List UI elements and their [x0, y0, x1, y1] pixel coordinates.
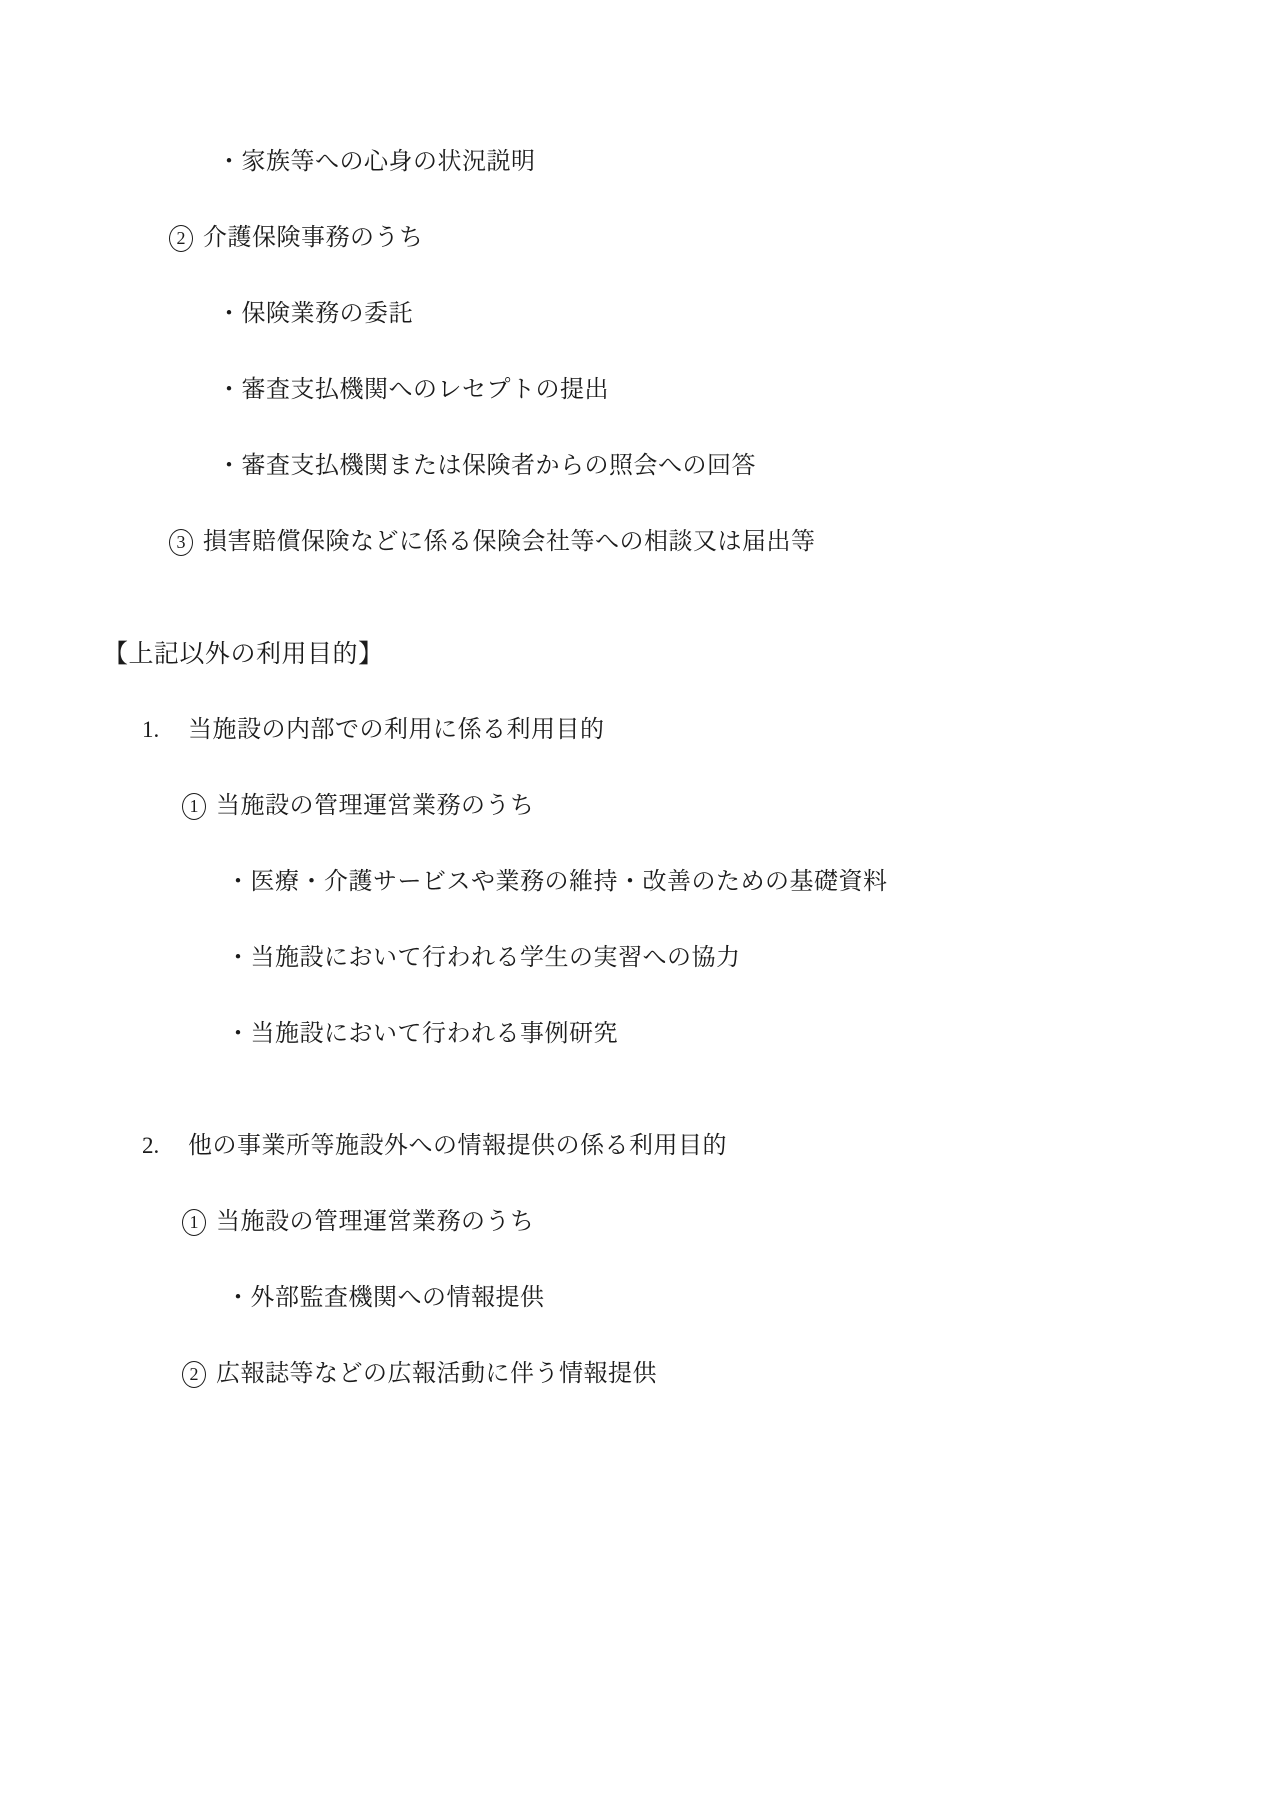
circled-item: 1当施設の管理運営業務のうち [0, 789, 535, 823]
numbered-item: 2.他の事業所等施設外への情報提供の係る利用目的 [0, 1129, 727, 1163]
list-number-marker: 2. [142, 1129, 188, 1163]
bullet-item: ・保険業務の委託 [0, 297, 413, 331]
heading-text: 【上記以外の利用目的】 [103, 637, 384, 671]
bullet-item: ・医療・介護サービスや業務の維持・改善のための基礎資料 [0, 865, 888, 899]
circled-item: 1当施設の管理運営業務のうち [0, 1205, 535, 1239]
circled-number-marker: 2 [169, 225, 193, 252]
line-text: 当施設の管理運営業務のうち [216, 789, 535, 823]
bullet-item: ・当施設において行われる学生の実習への協力 [0, 941, 741, 975]
line-text: 介護保険事務のうち [203, 221, 424, 255]
line-text: ・当施設において行われる学生の実習への協力 [226, 941, 741, 975]
document-page: ・家族等への心身の状況説明2介護保険事務のうち・保険業務の委託・審査支払機関への… [0, 0, 1280, 1810]
circled-item: 3損害賠償保険などに係る保険会社等への相談又は届出等 [0, 525, 816, 559]
bullet-item: ・外部監査機関への情報提供 [0, 1281, 545, 1315]
circled-number-marker: 1 [182, 1209, 206, 1236]
circled-number-marker: 1 [182, 793, 206, 820]
section-heading: 【上記以外の利用目的】 [0, 637, 384, 671]
bullet-item: ・審査支払機関へのレセプトの提出 [0, 373, 609, 407]
circled-number-marker: 2 [182, 1361, 206, 1388]
circled-number-marker: 3 [169, 529, 193, 556]
line-text: 当施設の管理運営業務のうち [216, 1205, 535, 1239]
bullet-item: ・家族等への心身の状況説明 [0, 145, 536, 179]
circled-item: 2広報誌等などの広報活動に伴う情報提供 [0, 1357, 657, 1391]
line-text: 損害賠償保険などに係る保険会社等への相談又は届出等 [203, 525, 816, 559]
line-text: 他の事業所等施設外への情報提供の係る利用目的 [188, 1129, 727, 1163]
line-text: 広報誌等などの広報活動に伴う情報提供 [216, 1357, 657, 1391]
circled-item: 2介護保険事務のうち [0, 221, 424, 255]
numbered-item: 1.当施設の内部での利用に係る利用目的 [0, 713, 605, 747]
bullet-item: ・当施設において行われる事例研究 [0, 1017, 618, 1051]
line-text: ・審査支払機関または保険者からの照会への回答 [217, 449, 756, 483]
line-text: ・外部監査機関への情報提供 [226, 1281, 545, 1315]
list-number-marker: 1. [142, 713, 188, 747]
line-text: ・医療・介護サービスや業務の維持・改善のための基礎資料 [226, 865, 888, 899]
line-text: ・保険業務の委託 [217, 297, 413, 331]
line-text: ・当施設において行われる事例研究 [226, 1017, 618, 1051]
bullet-item: ・審査支払機関または保険者からの照会への回答 [0, 449, 756, 483]
line-text: ・家族等への心身の状況説明 [217, 145, 536, 179]
line-text: 当施設の内部での利用に係る利用目的 [188, 713, 605, 747]
line-text: ・審査支払機関へのレセプトの提出 [217, 373, 609, 407]
